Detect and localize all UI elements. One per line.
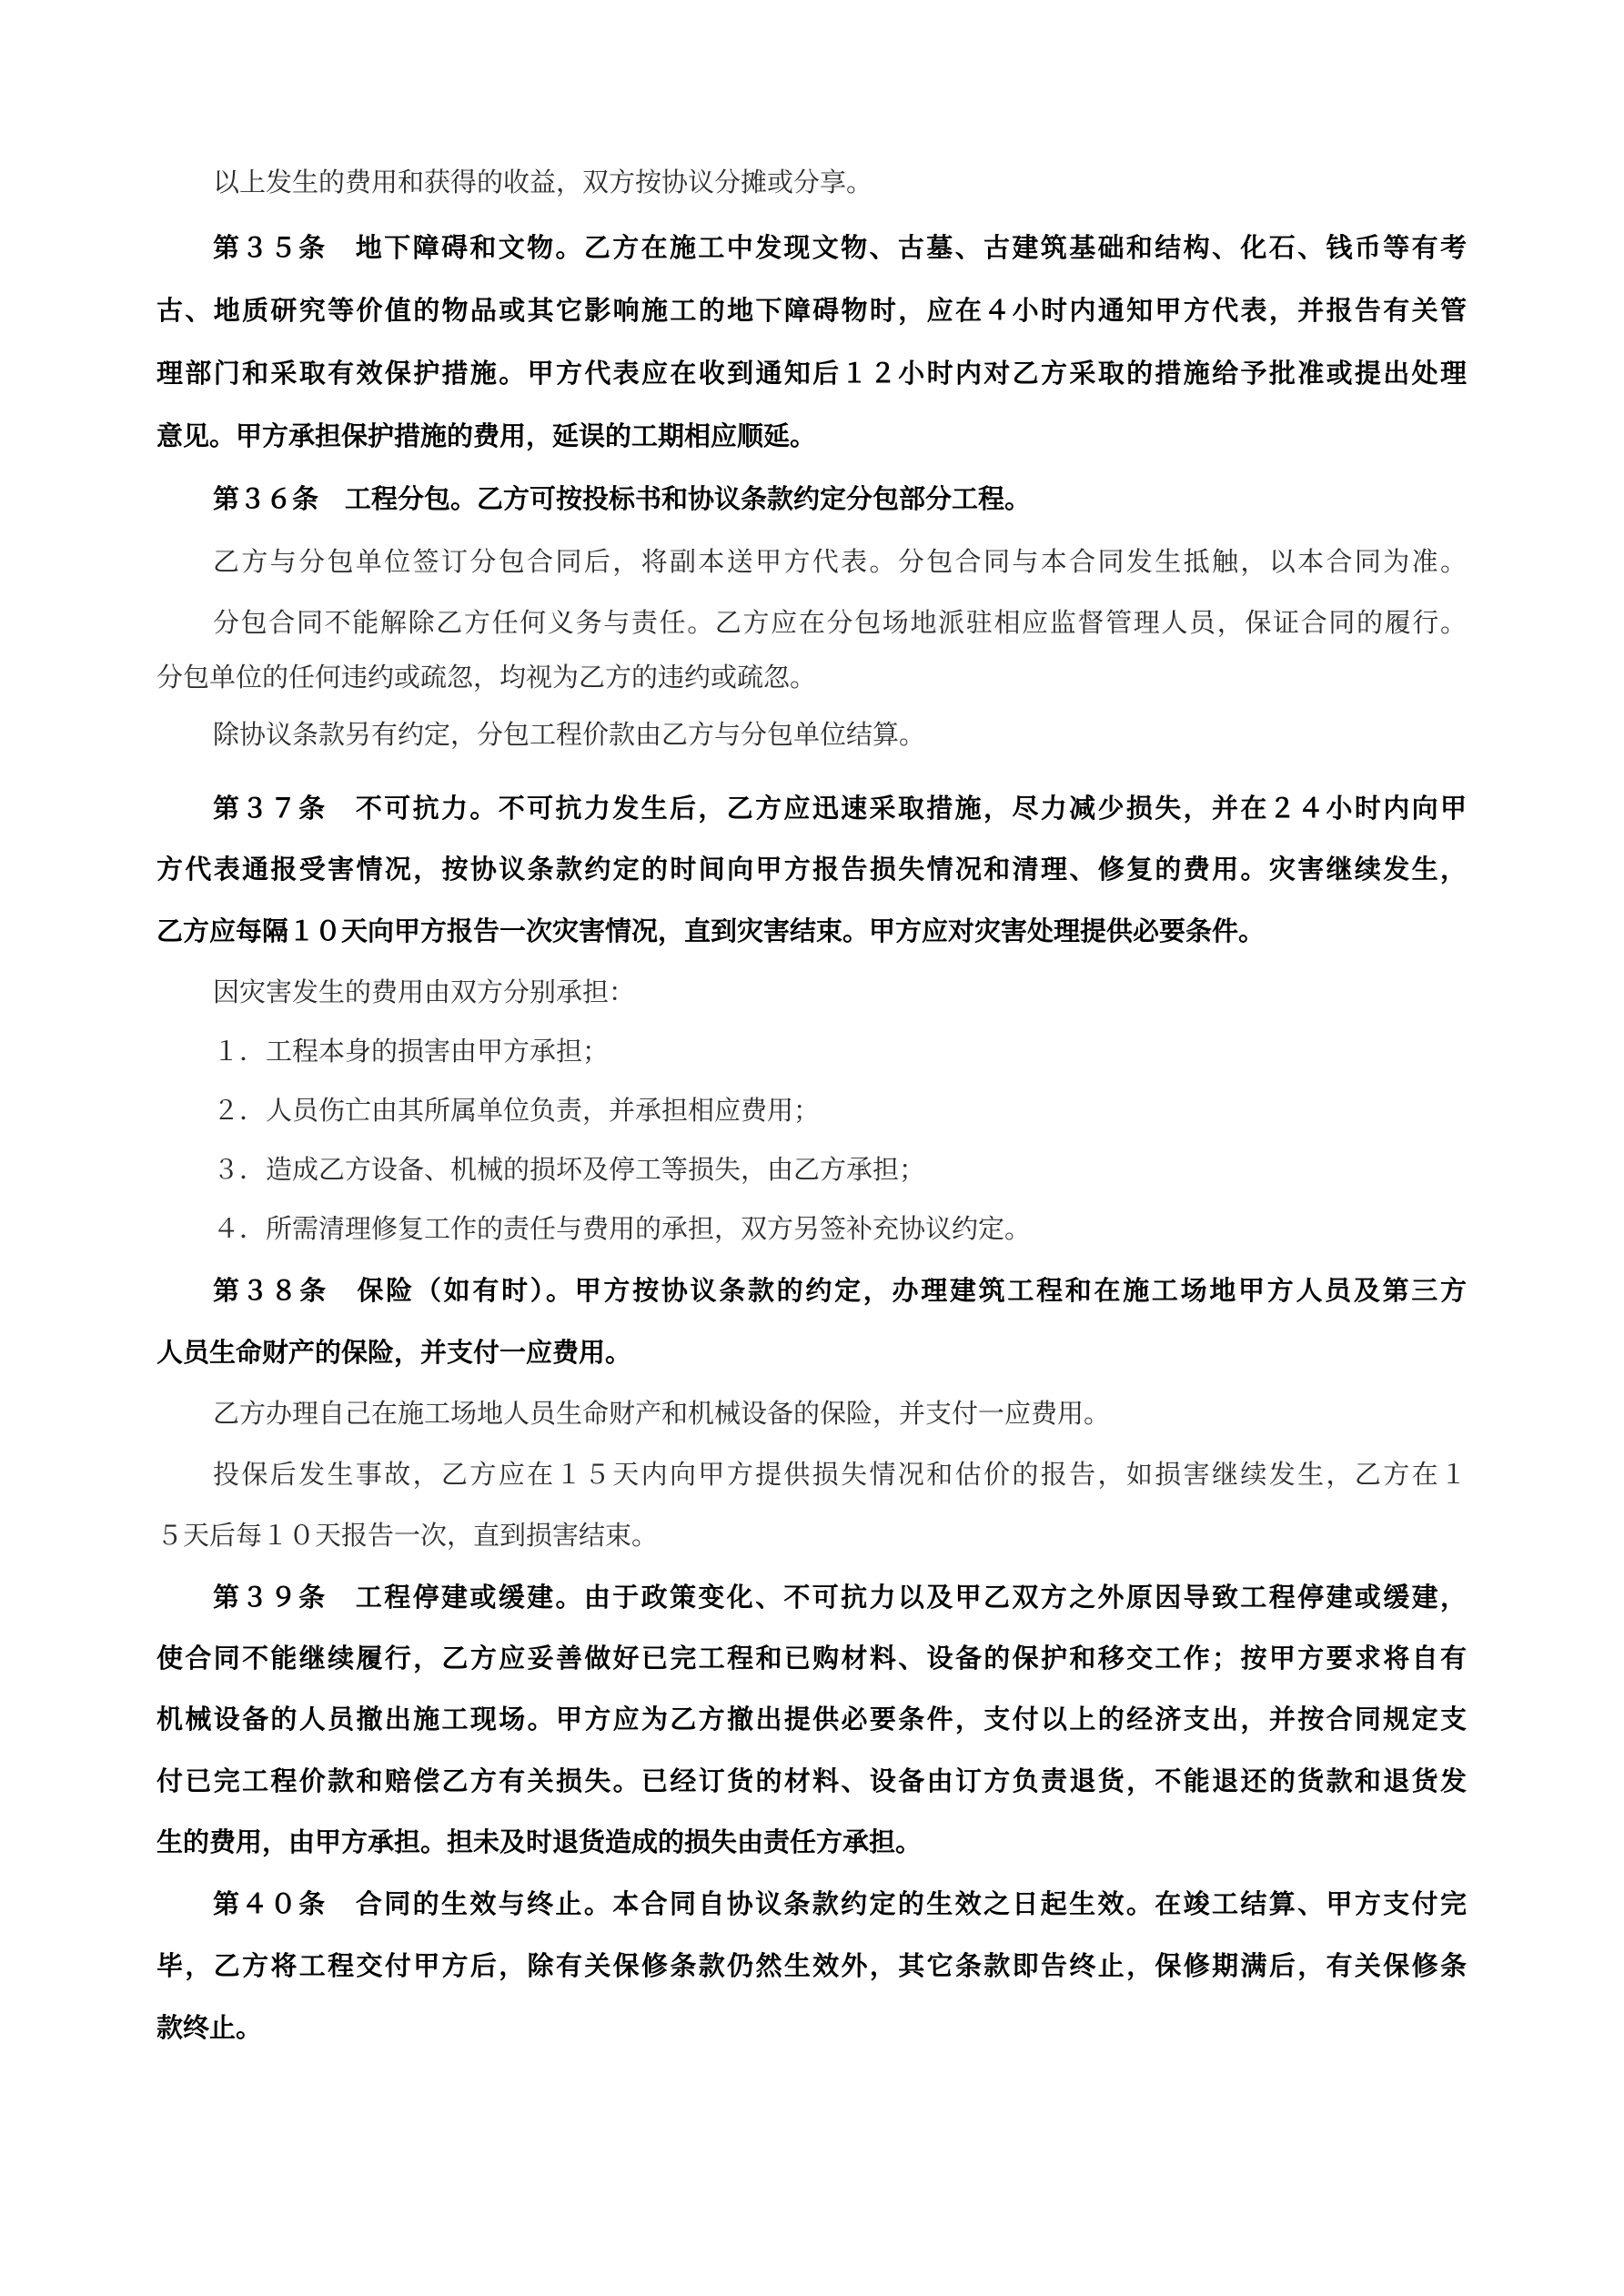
article-40-line: 毕，乙方将工程交付甲方后，除有关保修条款仍然生效外，其它条款即告终止，保修期满后… (156, 1947, 1467, 1984)
article-38-line: 第３８条 保险（如有时）。甲方按协议条款的约定，办理建筑工程和在施工场地甲方人员… (213, 1272, 1467, 1309)
paragraph-line: 投保后发生事故，乙方应在１５天内向甲方提供损失情况和估价的报告，如损害继续发生，… (213, 1456, 1467, 1492)
article-40-line: 第４０条 合同的生效与终止。本合同自协议条款约定的生效之日起生效。在竣工结算、甲… (213, 1886, 1467, 1922)
article-35-line: 意见。甲方承担保护措施的费用，延误的工期相应顺延。 (156, 418, 1467, 454)
article-38-line: 人员生命财产的保险，并支付一应费用。 (156, 1334, 1467, 1371)
article-37-line: 第３７条 不可抗力。不可抗力发生后，乙方应迅速采取措施，尽力减少损失，并在２４小… (213, 790, 1467, 826)
article-39-line: 生的费用，由甲方承担。担未及时退货造成的损失由责任方承担。 (156, 1824, 1467, 1860)
list-item: １．工程本身的损害由甲方承担； (213, 1033, 1523, 1069)
article-39-line: 第３９条 工程停建或缓建。由于政策变化、不可抗力以及甲乙双方之外原因导致工程停建… (213, 1579, 1467, 1615)
article-37-line: 乙方应每隔１０天向甲方报告一次灾害情况，直到灾害结束。甲方应对灾害处理提供必要条… (156, 913, 1467, 949)
paragraph-line: 以上发生的费用和获得的收益，双方按协议分摊或分享。 (213, 164, 1467, 200)
article-39-line: 使合同不能继续履行，乙方应妥善做好已完工程和已购材料、设备的保护和移交工作；按甲… (156, 1640, 1467, 1676)
article-35-line: 第３５条 地下障碍和文物。乙方在施工中发现文物、古墓、古建筑基础和结构、化石、钱… (213, 229, 1467, 266)
document-page: 以上发生的费用和获得的收益，双方按协议分摊或分享。 第３５条 地下障碍和文物。乙… (0, 0, 1624, 2296)
list-item: ３．造成乙方设备、机械的损坏及停工等损失，由乙方承担； (213, 1151, 1523, 1188)
list-item: ４．所需清理修复工作的责任与费用的承担，双方另签补充协议约定。 (213, 1210, 1523, 1247)
article-35-line: 古、地质研究等价值的物品或其它影响施工的地下障碍物时，应在４小时内通知甲方代表，… (156, 292, 1467, 329)
article-37-line: 方代表通报受害情况，按协议条款约定的时间向甲方报告损失情况和清理、修复的费用。灾… (156, 851, 1467, 887)
paragraph-line: 因灾害发生的费用由双方分别承担： (213, 974, 1467, 1010)
paragraph-line: 分包单位的任何违约或疏忽，均视为乙方的违约或疏忽。 (156, 659, 1467, 695)
paragraph-line: 乙方办理自己在施工场地人员生命财产和机械设备的保险，并支付一应费用。 (213, 1395, 1467, 1431)
article-39-line: 付已完工程价款和赔偿乙方有关损失。已经订货的材料、设备由订方负责退货，不能退还的… (156, 1763, 1467, 1799)
article-40-line: 款终止。 (156, 2009, 1467, 2046)
paragraph-line: 除协议条款另有约定，分包工程价款由乙方与分包单位结算。 (213, 716, 1467, 753)
list-item: ２．人员伤亡由其所属单位负责，并承担相应费用； (213, 1092, 1523, 1128)
article-39-line: 机械设备的人员撤出施工现场。甲方应为乙方撤出提供必要条件，支付以上的经济支出，并… (156, 1701, 1467, 1737)
article-36-heading: 第３６条 工程分包。乙方可按投标书和协议条款约定分包部分工程。 (213, 480, 1467, 517)
paragraph-line: 分包合同不能解除乙方任何义务与责任。乙方应在分包场地派驻相应监督管理人员，保证合… (213, 604, 1467, 641)
article-35-line: 理部门和采取有效保护措施。甲方代表应在收到通知后１２小时内对乙方采取的措施给予批… (156, 355, 1467, 391)
paragraph-line: ５天后每１０天报告一次，直到损害结束。 (156, 1517, 1467, 1553)
paragraph-line: 乙方与分包单位签订分包合同后，将副本送甲方代表。分包合同与本合同发生抵触，以本合… (213, 543, 1467, 580)
